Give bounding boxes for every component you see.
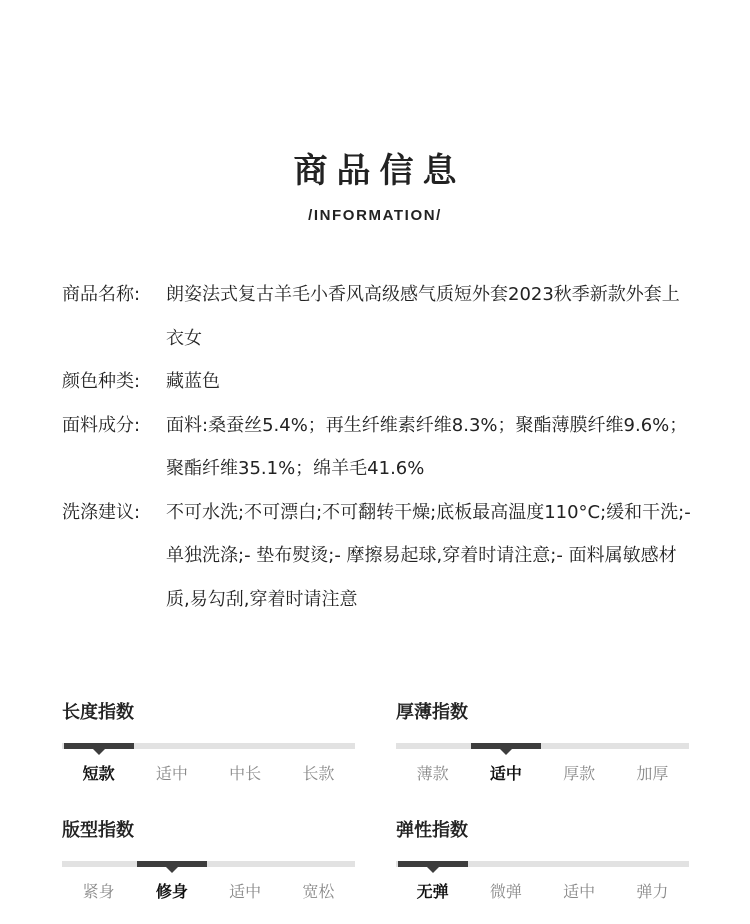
index-title: 长度指数 — [62, 701, 355, 725]
info-row-product-name: 商品名称: 朗姿法式复古羊毛小香风高级感气质短外套2023秋季新款外套上衣女 — [62, 273, 702, 360]
index-thumb — [471, 743, 541, 749]
index-option: 弹力 — [616, 881, 689, 903]
info-label: 洗涤建议: — [62, 491, 166, 535]
index-option: 短款 — [62, 763, 135, 785]
index-track — [396, 861, 689, 867]
index-option: 宽松 — [282, 881, 355, 903]
section-title: 商品信息 — [0, 148, 750, 194]
index-option: 厚款 — [543, 763, 616, 785]
section-subtitle: /INFORMATION/ — [0, 206, 750, 226]
index-option: 紧身 — [62, 881, 135, 903]
info-label: 颜色种类: — [62, 360, 166, 404]
index-track — [62, 743, 355, 749]
info-label: 商品名称: — [62, 273, 166, 317]
info-value: 面料:桑蚕丝5.4%；再生纤维素纤维8.3%；聚酯薄膜纤维9.6%；聚酯纤维35… — [166, 404, 702, 491]
index-option: 无弹 — [396, 881, 469, 903]
index-length: 长度指数 短款 适中 中长 长款 — [62, 701, 355, 785]
index-option: 适中 — [469, 763, 542, 785]
info-label: 面料成分: — [62, 404, 166, 448]
index-option: 适中 — [135, 763, 208, 785]
index-options: 短款 适中 中长 长款 — [62, 763, 355, 785]
index-options: 无弹 微弹 适中 弹力 — [396, 881, 689, 903]
index-fit: 版型指数 紧身 修身 适中 宽松 — [62, 819, 355, 903]
info-row-color: 颜色种类: 藏蓝色 — [62, 360, 702, 404]
index-title: 版型指数 — [62, 819, 355, 843]
info-row-care: 洗涤建议: 不可水洗;不可漂白;不可翻转干燥;底板最高温度110°C;缓和干洗;… — [62, 491, 702, 622]
index-option: 中长 — [209, 763, 282, 785]
info-row-material: 面料成分: 面料:桑蚕丝5.4%；再生纤维素纤维8.3%；聚酯薄膜纤维9.6%；… — [62, 404, 702, 491]
index-option: 长款 — [282, 763, 355, 785]
index-track — [396, 743, 689, 749]
pointer-down-icon — [166, 867, 178, 873]
pointer-down-icon — [427, 867, 439, 873]
info-value: 藏蓝色 — [166, 360, 702, 404]
index-elasticity: 弹性指数 无弹 微弹 适中 弹力 — [396, 819, 689, 903]
index-option: 薄款 — [396, 763, 469, 785]
index-title: 弹性指数 — [396, 819, 689, 843]
index-option: 修身 — [135, 881, 208, 903]
section-header: 商品信息 /INFORMATION/ — [0, 148, 750, 226]
index-option: 适中 — [209, 881, 282, 903]
index-thickness: 厚薄指数 薄款 适中 厚款 加厚 — [396, 701, 689, 785]
index-options: 薄款 适中 厚款 加厚 — [396, 763, 689, 785]
pointer-down-icon — [93, 749, 105, 755]
index-track — [62, 861, 355, 867]
product-info-list: 商品名称: 朗姿法式复古羊毛小香风高级感气质短外套2023秋季新款外套上衣女 颜… — [62, 273, 702, 621]
info-value: 朗姿法式复古羊毛小香风高级感气质短外套2023秋季新款外套上衣女 — [166, 273, 702, 360]
index-option: 适中 — [543, 881, 616, 903]
index-option: 加厚 — [616, 763, 689, 785]
pointer-down-icon — [500, 749, 512, 755]
index-thumb — [137, 861, 207, 867]
index-thumb — [398, 861, 468, 867]
index-thumb — [64, 743, 134, 749]
index-title: 厚薄指数 — [396, 701, 689, 725]
info-value: 不可水洗;不可漂白;不可翻转干燥;底板最高温度110°C;缓和干洗;- 单独洗涤… — [166, 491, 702, 622]
index-options: 紧身 修身 适中 宽松 — [62, 881, 355, 903]
index-option: 微弹 — [469, 881, 542, 903]
